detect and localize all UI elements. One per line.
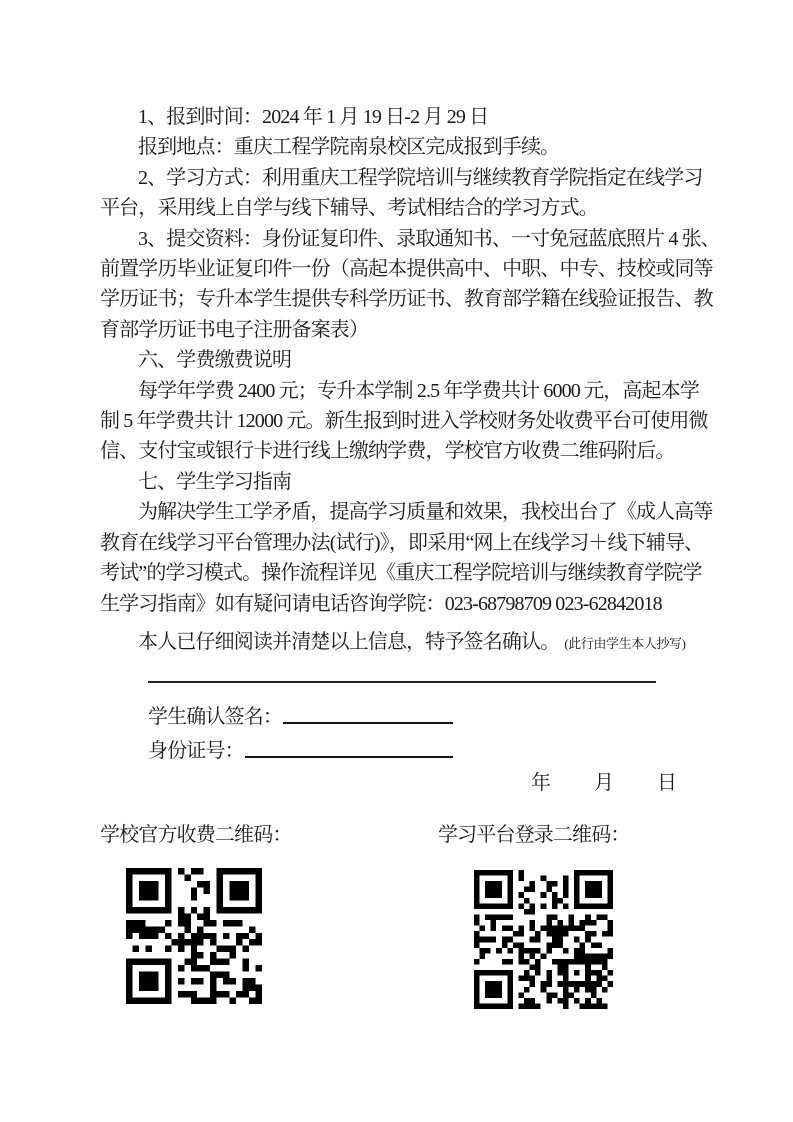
body-text-line: 考试”的学习模式。操作流程详见《重庆工程学院培训与继续教育学院学 [100,558,716,588]
body-text-line: 1、报到时间：2024 年 1 月 19 日-2 月 29 日 [100,102,716,132]
notice-body: 1、报到时间：2024 年 1 月 19 日-2 月 29 日 报到地点：重庆工… [100,102,716,659]
body-text-line: 2、学习方式：利用重庆工程学院培训与继续教育学院指定在线学习 [100,163,716,193]
body-text-line: 每学年学费 2400 元；专升本学制 2.5 年学费共计 6000 元，高起本学 [100,376,716,406]
date-month-label: 月 [594,766,614,795]
confirmation-line: 本人已仔细阅读并清楚以上信息，特予签名确认。(此行由学生本人抄写) [100,627,716,659]
student-signature-field [283,722,453,724]
body-text-line: 信、支付宝或银行卡进行线上缴纳学费，学校官方收费二维码附后。 [100,436,716,466]
handwriting-copy-line [148,681,656,683]
body-text-line: 生学习指南》如有疑问请电话咨询学院：023-68798709 023-62842… [100,589,716,619]
body-text-line: 3、提交资料：身份证复印件、录取通知书、一寸免冠蓝底照片 4 张、 [100,224,716,254]
body-text-line: 学历证书；专升本学生提供专科学历证书、教育部学籍在线验证报告、教 [100,284,716,314]
section-heading-guide: 七、学生学习指南 [100,467,716,497]
body-text-line: 教育在线学习平台管理办法(试行)》，即采用“网上在线学习＋线下辅导、 [100,528,716,558]
body-text-line: 制 5 年学费共计 12000 元。新生报到时进入学校财务处收费平台可使用微 [100,406,716,436]
platform-qr-code [474,870,613,1009]
body-text-line: 平台，采用线上自学与线下辅导、考试相结合的学习方式。 [100,193,716,223]
copy-note: (此行由学生本人抄写) [564,636,685,651]
id-number-label: 身份证号： [148,734,244,763]
date-day-label: 日 [657,766,677,795]
date-line: 年 月 日 [531,766,677,795]
body-text-line: 育部学历证书电子注册备案表） [100,315,716,345]
payment-qr-code [126,868,262,1004]
body-text-line: 为解决学生工学矛盾，提高学习质量和效果，我校出台了《成人高等 [100,497,716,527]
id-number-field [245,756,453,758]
document-page: 1、报到时间：2024 年 1 月 19 日-2 月 29 日 报到地点：重庆工… [0,0,793,1122]
date-year-label: 年 [531,766,551,795]
student-signature-label: 学生确认签名： [148,700,282,729]
body-text-line: 报到地点：重庆工程学院南泉校区完成报到手续。 [100,132,716,162]
payment-qr-label: 学校官方收费二维码： [100,818,292,847]
body-text-line: 前置学历毕业证复印件一份（高起本提供高中、中职、中专、技校或同等 [100,254,716,284]
section-heading-fees: 六、学费缴费说明 [100,345,716,375]
platform-qr-label: 学习平台登录二维码： [438,818,630,847]
confirmation-sentence: 本人已仔细阅读并清楚以上信息，特予签名确认。 [138,631,559,653]
